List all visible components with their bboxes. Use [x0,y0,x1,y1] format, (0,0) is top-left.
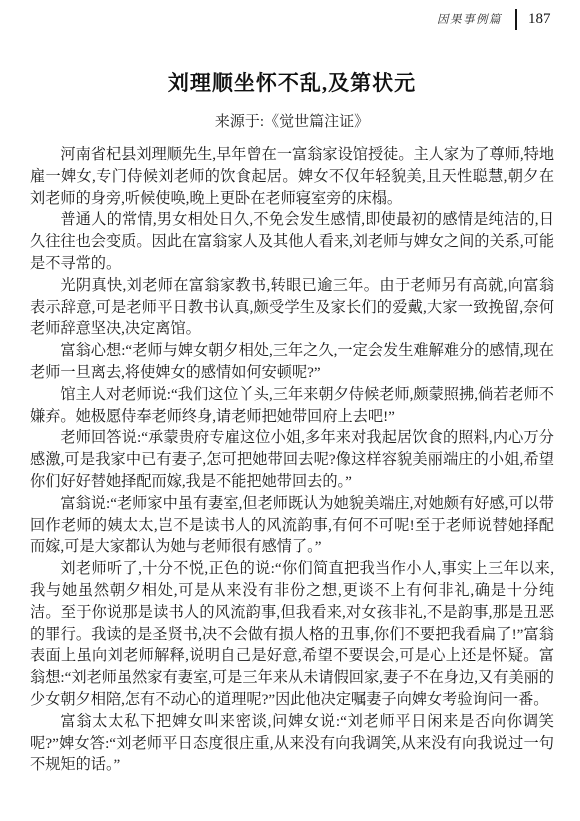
header-divider [515,9,517,30]
body-paragraph: 老师回答说:“承蒙贵府专雇这位小姐,多年来对我起居饮食的照料,内心万分感激,可是… [30,427,554,492]
body-paragraph: 富翁心想:“老师与婢女朝夕相处,三年之久,一定会发生难解难分的感情,现在老师一旦… [30,340,554,384]
article-title: 刘理顺坐怀不乱,及第状元 [30,67,554,97]
body-paragraph: 普通人的常情,男女相处日久,不免会发生感情,即使最初的感情是纯洁的,日久往往也会… [30,209,554,274]
body-paragraph: 富翁太太私下把婢女叫来密谈,问婢女说:“刘老师平日闲来是否向你调笑呢?”婢女答:… [30,711,554,776]
body-paragraph: 河南省杞县刘理顺先生,早年曾在一富翁家设馆授徒。主人家为了尊师,特地雇一婢女,专… [30,144,554,209]
page-number: 187 [528,11,554,28]
body-paragraph: 富翁说:“老师家中虽有妻室,但老师既认为她貌美端庄,对她颇有好感,可以带回作老师… [30,493,554,558]
body-paragraph: 光阴真快,刘老师在富翁家教书,转眼已逾三年。由于老师另有高就,向富翁表示辞意,可… [30,275,554,340]
article-source: 来源于:《觉世篇注证》 [30,110,554,131]
book-page: 因果事例篇 187 刘理顺坐怀不乱,及第状元 来源于:《觉世篇注证》 河南省杞县… [0,0,580,821]
body-paragraph: 馆主人对老师说:“我们这位丫头,三年来朝夕侍候老师,颇蒙照拂,倘若老师不嫌弃。她… [30,384,554,428]
chapter-title: 因果事例篇 [437,11,502,27]
body-paragraph: 刘老师听了,十分不悦,正色的说:“你们简直把我当作小人,事实上三年以来,我与她虽… [30,558,554,711]
article-body: 河南省杞县刘理顺先生,早年曾在一富翁家设馆授徒。主人家为了尊师,特地雇一婢女,专… [30,144,554,776]
running-head: 因果事例篇 187 [30,7,554,31]
